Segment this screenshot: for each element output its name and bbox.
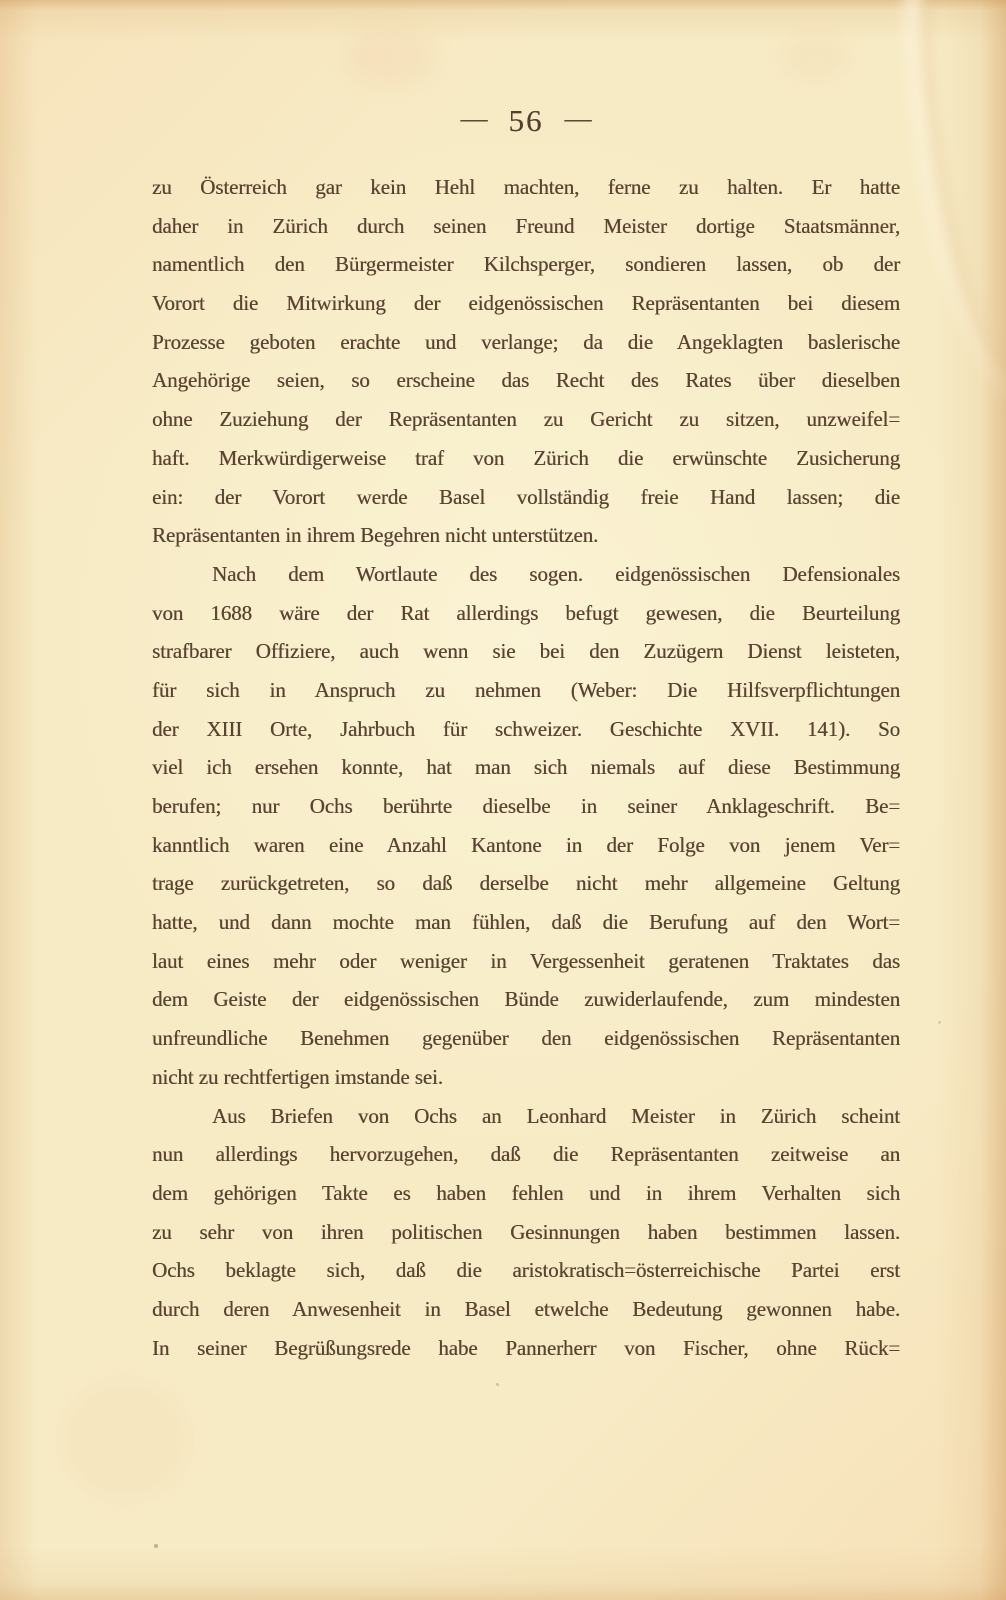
text-line: dem Geiste der eidgenössischen Bünde zuw…: [152, 980, 900, 1019]
page-curl-highlight: [906, 0, 1006, 410]
text-line: von 1688 wäre der Rat allerdings befugt …: [152, 594, 900, 633]
text-line: durch deren Anwesenheit in Basel etwelch…: [152, 1290, 900, 1329]
text-line: zu Österreich gar kein Hehl machten, fer…: [152, 168, 900, 207]
text-line: zu sehr von ihren politischen Gesinnunge…: [152, 1213, 900, 1252]
paper-stain: [345, 30, 435, 85]
text-line: für sich in Anspruch zu nehmen (Weber: D…: [152, 671, 900, 710]
text-line: daher in Zürich durch seinen Freund Meis…: [152, 207, 900, 246]
text-line: Ochs beklagte sich, daß die aristokratis…: [152, 1251, 900, 1290]
text-line: haft. Merkwürdigerweise traf von Zürich …: [152, 439, 900, 478]
paper-speck: [496, 1383, 499, 1386]
text-line: hatte, und dann mochte man fühlen, daß d…: [152, 903, 900, 942]
text-line: trage zurückgetreten, so daß derselbe ni…: [152, 864, 900, 903]
text-line: Vorort die Mitwirkung der eidgenössische…: [152, 284, 900, 323]
text-line: dem gehörigen Takte es haben fehlen und …: [152, 1174, 900, 1213]
text-line: der XIII Orte, Jahrbuch für schweizer. G…: [152, 710, 900, 749]
text-line: laut eines mehr oder weniger in Vergesse…: [152, 942, 900, 981]
text-line: nicht zu rechtfertigen imstande sei.: [152, 1058, 900, 1097]
paper-stain: [780, 35, 850, 80]
text-line: unfreundliche Benehmen gegenüber den eid…: [152, 1019, 900, 1058]
page-header: —56—: [152, 103, 900, 145]
header-dash-right: —: [565, 103, 592, 133]
paper-speck: [938, 1021, 941, 1024]
text-line: Aus Briefen von Ochs an Leonhard Meister…: [152, 1097, 900, 1136]
text-line: ohne Zuziehung der Repräsentanten zu Ger…: [152, 400, 900, 439]
text-line: Prozesse geboten erachte und verlange; d…: [152, 323, 900, 362]
text-line: ein: der Vorort werde Basel vollständig …: [152, 478, 900, 517]
page-number: 56: [509, 103, 544, 138]
paper-speck: [154, 1544, 158, 1548]
text-line: strafbarer Offiziere, auch wenn sie bei …: [152, 632, 900, 671]
text-line: nun allerdings hervorzugehen, daß die Re…: [152, 1135, 900, 1174]
text-line: berufen; nur Ochs berührte dieselbe in s…: [152, 787, 900, 826]
text-line: Nach dem Wortlaute des sogen. eidgenössi…: [152, 555, 900, 594]
text-line: Angehörige seien, so erscheine das Recht…: [152, 361, 900, 400]
book-page-scan: —56— zu Österreich gar kein Hehl machten…: [0, 0, 1006, 1600]
text-line: namentlich den Bürgermeister Kilchsperge…: [152, 245, 900, 284]
paper-stain: [60, 1380, 190, 1500]
text-line: In seiner Begrüßungsrede habe Pannerherr…: [152, 1329, 900, 1368]
header-dash-left: —: [461, 103, 488, 133]
text-block: zu Österreich gar kein Hehl machten, fer…: [152, 168, 900, 1367]
text-line: viel ich ersehen konnte, hat man sich ni…: [152, 748, 900, 787]
text-line: Repräsentanten in ihrem Begehren nicht u…: [152, 516, 900, 555]
text-line: kanntlich waren eine Anzahl Kantone in d…: [152, 826, 900, 865]
